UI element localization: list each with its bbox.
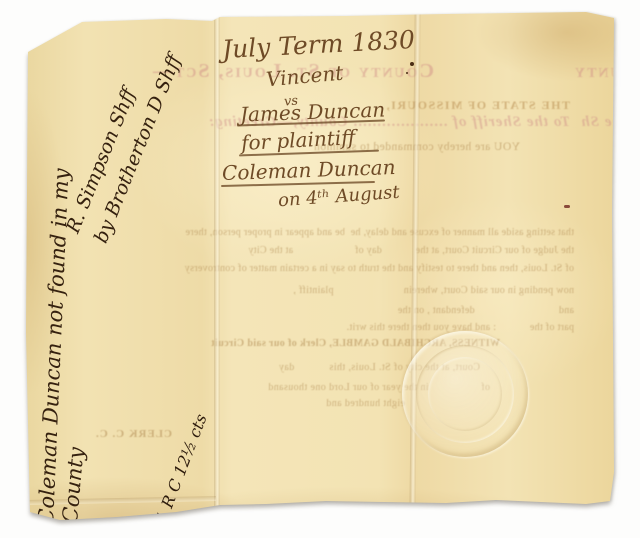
verso-bleedthrough-layer: County of St. Louis, Sct— County THE STA… [26,12,614,524]
fold-crease-left [214,12,220,524]
ghost-body-line: now pending in our said Court, wherein p… [293,285,574,296]
ghost-body-line: of St. Louis, then and there to testify … [184,263,574,274]
document-scan: County of St. Louis, Sct— County THE STA… [0,0,640,538]
ink-speck [410,62,414,66]
embossed-court-seal-icon [402,331,528,457]
ink-speck [406,72,408,74]
seal-inner-ring [428,357,502,431]
ghost-body-line: and defendant , on the [398,305,574,316]
ghost-edge-fragment-1: County [573,60,640,83]
ghost-body-line: that setting aside all manner of excuse … [185,227,574,238]
ghost-body-line: the Judge of our Circuit Court, at the d… [248,245,574,256]
ghost-edge-fragment-2: To the Sh [580,114,640,131]
paper-shadow: County of St. Louis, Sct— County THE STA… [26,12,614,524]
ink-speck [564,205,570,208]
ghost-witness-line: eight hundred and [326,398,405,409]
ghost-clerk-fragment: CLERK C. C. [95,428,172,440]
paper-sheet: County of St. Louis, Sct— County THE STA… [26,12,614,524]
